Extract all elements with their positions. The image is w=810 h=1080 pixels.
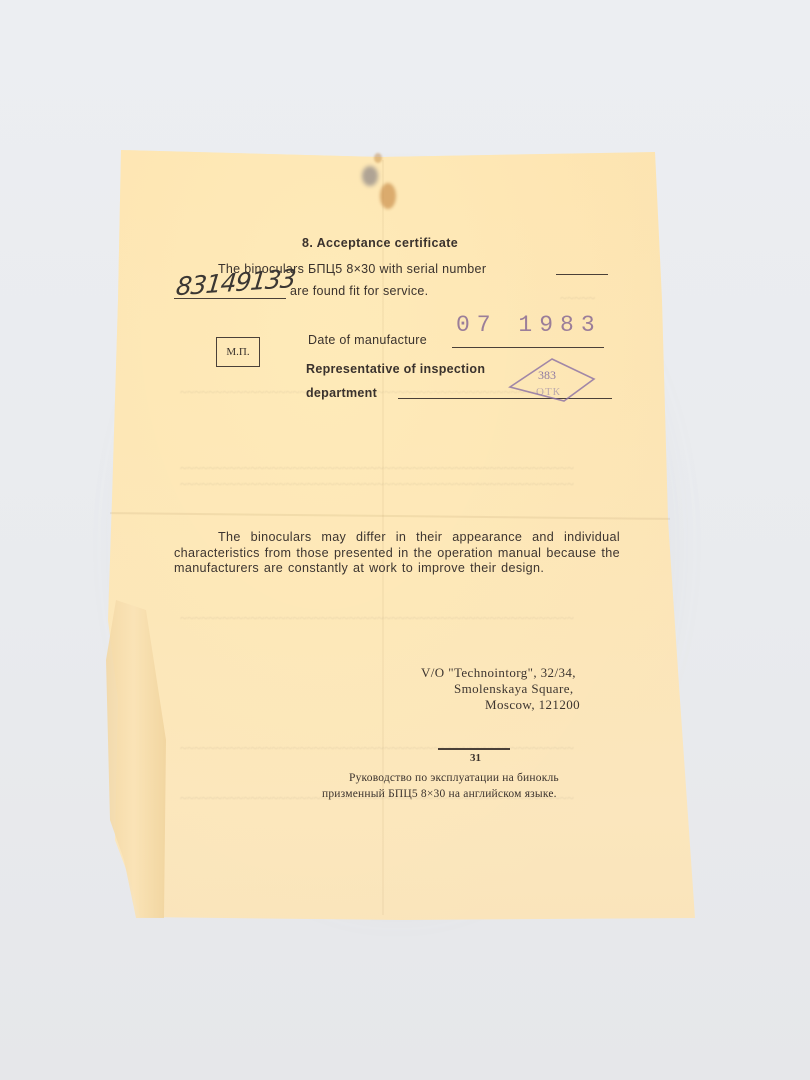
design-change-notice: The binoculars may differ in their appea…: [174, 530, 620, 577]
seal-box-label: М.П.: [226, 346, 249, 358]
publisher-line-1: V/O "Technointorg", 32/34,: [421, 665, 576, 681]
stain: [362, 166, 378, 186]
representative-label: Representative of inspection: [306, 362, 485, 376]
certificate-title: 8. Acceptance certificate: [302, 236, 458, 250]
certificate-line-2: are found fit for service.: [290, 284, 428, 298]
serial-number-underline: [174, 298, 286, 299]
serial-number-blank-line: [556, 274, 608, 275]
show-through-text: ~~~~~: [560, 290, 595, 306]
russian-footer-line-2: призменный БПЦ5 8×30 на английском языке…: [322, 788, 557, 800]
certificate-page: ~~~~~ ~~~~~~~~~~~~~~~~~~~~~~~~~~~~~~~~~~…: [0, 0, 810, 1080]
date-of-manufacture-stamp: 07 1983: [456, 312, 602, 338]
page-number-rule: [438, 748, 510, 750]
russian-footer-line-1: Руководство по эксплуатации на бинокль: [349, 772, 559, 784]
show-through-text: ~~~~~~~~~~~~~~~~~~~~~~~~~~~~~~~~~~~~~~~~…: [180, 610, 574, 626]
inspection-stamp-number: 383: [538, 368, 556, 383]
inspection-stamp-sub: ОТК: [536, 386, 561, 398]
date-of-manufacture-line: [452, 347, 604, 348]
page-number: 31: [470, 752, 481, 764]
show-through-text: ~~~~~~~~~~~~~~~~~~~~~~~~~~~~~~~~~~~~~~~~…: [180, 740, 574, 756]
publisher-line-3: Moscow, 121200: [485, 697, 580, 713]
publisher-line-2: Smolenskaya Square,: [454, 681, 574, 697]
stain: [374, 153, 382, 163]
seal-placeholder-box: М.П.: [216, 337, 260, 367]
department-label: department: [306, 386, 377, 400]
date-of-manufacture-label: Date of manufacture: [308, 333, 427, 347]
show-through-text: ~~~~~~~~~~~~~~~~~~~~~~~~~~~~~~~~~~~~~~~~…: [180, 460, 574, 476]
show-through-text: ~~~~~~~~~~~~~~~~~~~~~~~~~~~~~~~~~~~~~~~~…: [180, 476, 574, 492]
stain: [380, 183, 396, 209]
